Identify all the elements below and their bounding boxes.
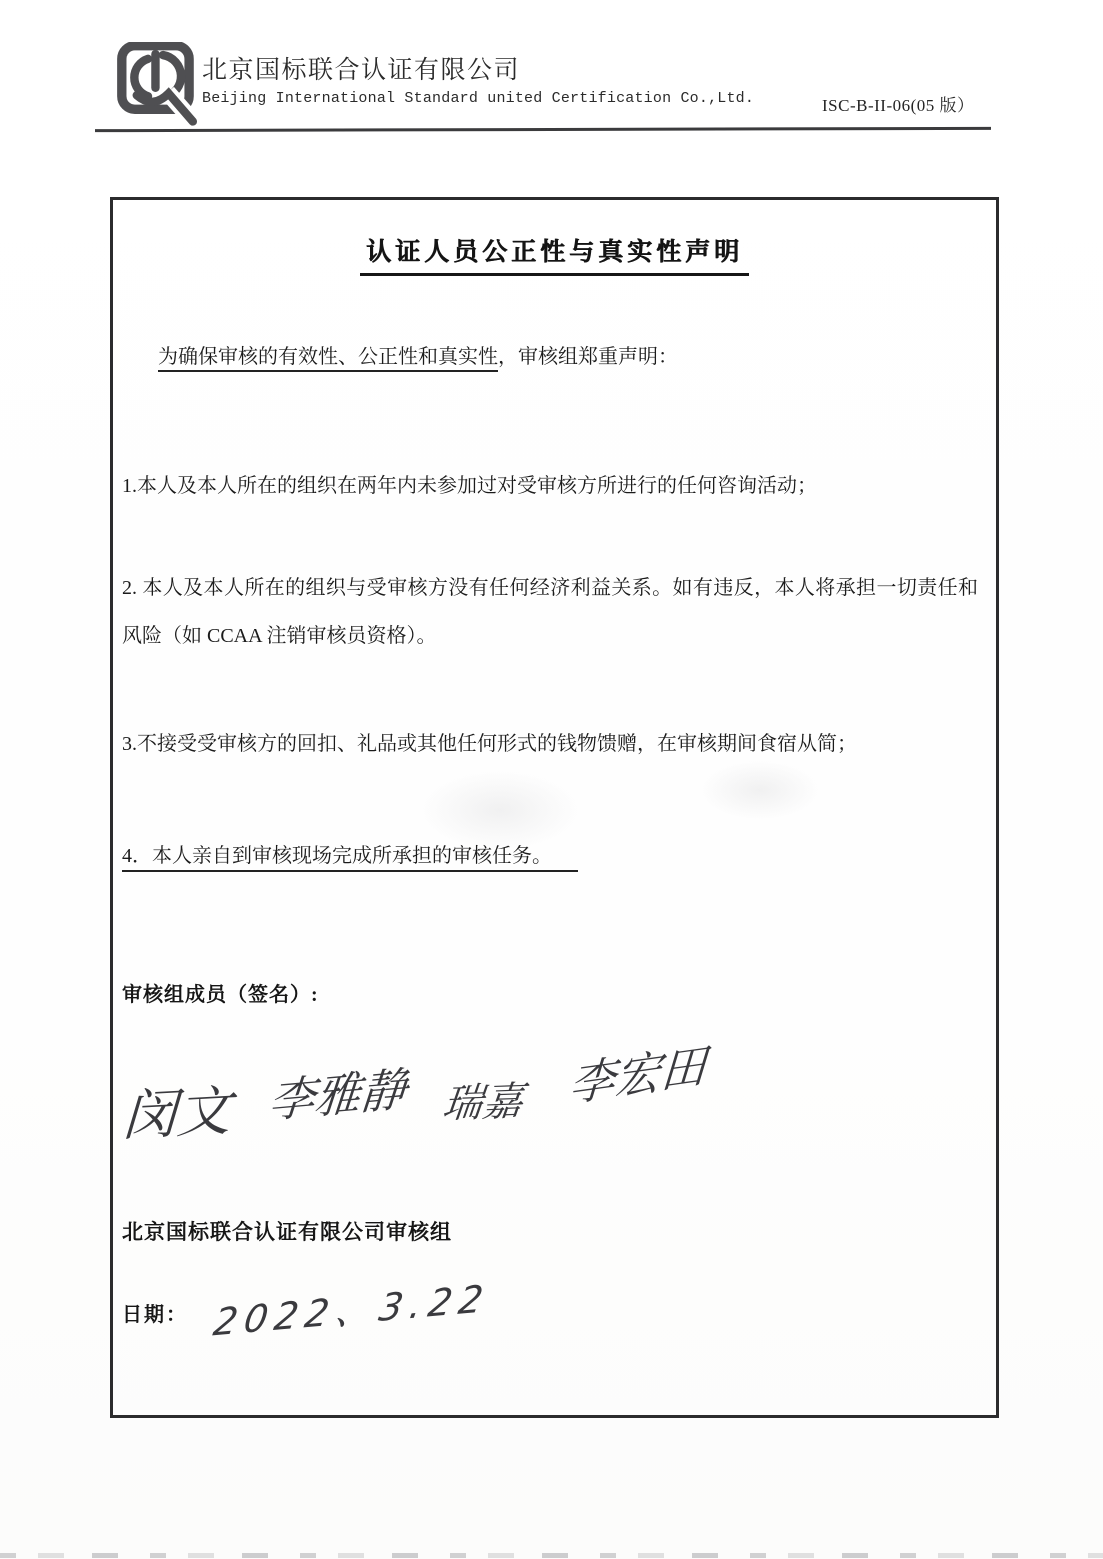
title-wrap: 认证人员公正性与真实性声明 — [113, 232, 996, 276]
signature-4: 李宏田 — [567, 1029, 708, 1116]
isc-certification-logo-icon — [114, 42, 210, 128]
scanned-declaration-page: 北京国标联合认证有限公司 Beijing International Stand… — [0, 0, 1103, 1559]
intro-statement: 为确保审核的有效性、公正性和真实性，审核组郑重声明： — [158, 340, 678, 369]
scanner-edge-artifact — [0, 1553, 1103, 1558]
document-code: ISC-B-II-06(05 版） — [822, 91, 975, 116]
page-title: 认证人员公正性与真实性声明 — [360, 232, 749, 276]
date-row: 日期： 2022、3.22 — [122, 1298, 188, 1368]
intro-rest-part: ，审核组郑重声明： — [498, 346, 678, 368]
audit-team-name: 北京国标联合认证有限公司审核组 — [122, 1216, 452, 1246]
declaration-item-1: 1.本人及本人所在的组织在两年内未参加过对受审核方所进行的任何咨询活动； — [122, 462, 978, 510]
scan-smudge — [700, 760, 820, 820]
signature-3: 瑞嘉 — [440, 1069, 526, 1129]
signature-2: 李雅静 — [266, 1053, 409, 1132]
handwritten-signatures: 闵文 李雅静 瑞嘉 李宏田 — [121, 1045, 781, 1175]
handwritten-date: 2022、3.22 — [210, 1267, 494, 1346]
header-divider — [95, 127, 991, 132]
signature-1: 闵文 — [121, 1068, 233, 1151]
company-name-en: Beijing International Standard united Ce… — [202, 90, 754, 107]
signature-section-label: 审核组成员（签名）: — [122, 978, 319, 1007]
declaration-item-2: 2. 本人及本人所在的组织与受审核方没有任何经济利益关系。如有违反，本人将承担一… — [122, 564, 978, 660]
intro-underlined-part: 为确保审核的有效性、公正性和真实性 — [158, 346, 498, 372]
company-name-cn: 北京国标联合认证有限公司 — [202, 50, 520, 86]
scan-smudge — [420, 770, 580, 850]
declaration-item-3: 3.不接受受审核方的回扣、礼品或其他任何形式的钱物馈赠，在审核期间食宿从简； — [122, 720, 978, 768]
date-label: 日期： — [122, 1304, 188, 1326]
